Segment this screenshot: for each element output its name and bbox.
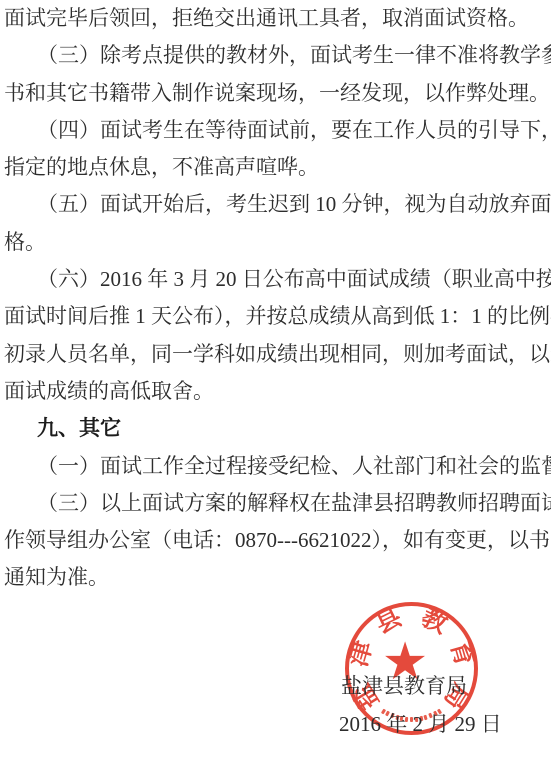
document-body: 面试完毕后领回，拒绝交出通讯工具者，取消面试资格。（三）除考点提供的教材外，面试…	[4, 0, 549, 597]
text-line: （五）面试开始后，考生迟到 10 分钟，视为自动放弃面试资	[4, 186, 549, 223]
text-line: 指定的地点休息，不准高声喧哗。	[4, 149, 549, 186]
text-line: （三）除考点提供的教材外，面试考生一律不准将教学参考	[4, 37, 549, 74]
text-line: 面试成绩的高低取舍。	[4, 373, 549, 410]
text-line: 书和其它书籍带入制作说案现场，一经发现，以作弊处理。	[4, 75, 549, 112]
text-line: （三）以上面试方案的解释权在盐津县招聘教师招聘面试工	[4, 485, 549, 522]
text-line: 九、其它	[4, 410, 549, 447]
text-line: 面试完毕后领回，拒绝交出通讯工具者，取消面试资格。	[4, 0, 549, 37]
document-page: 面试完毕后领回，拒绝交出通讯工具者，取消面试资格。（三）除考点提供的教材外，面试…	[0, 0, 551, 778]
text-line: 通知为准。	[4, 559, 549, 596]
signature-agency: 盐津县教育局	[341, 676, 467, 697]
text-line: （四）面试考生在等待面试前，要在工作人员的引导下，到	[4, 112, 549, 149]
text-line: 作领导组办公室（电话：0870---6621022），如有变更，以书面	[4, 522, 549, 559]
signature-date: 2016 年 2 月 29 日	[339, 714, 502, 735]
text-line: 初录人员名单，同一学科如成绩出现相同，则加考面试，以最后	[4, 336, 549, 373]
text-line: （一）面试工作全过程接受纪检、人社部门和社会的监督。	[4, 448, 549, 485]
text-line: 面试时间后推 1 天公布），并按总成绩从高到低 1：1 的比例确定	[4, 298, 549, 335]
text-line: （六）2016 年 3 月 20 日公布高中面试成绩（职业高中按照	[4, 261, 549, 298]
text-line: 格。	[4, 224, 549, 261]
